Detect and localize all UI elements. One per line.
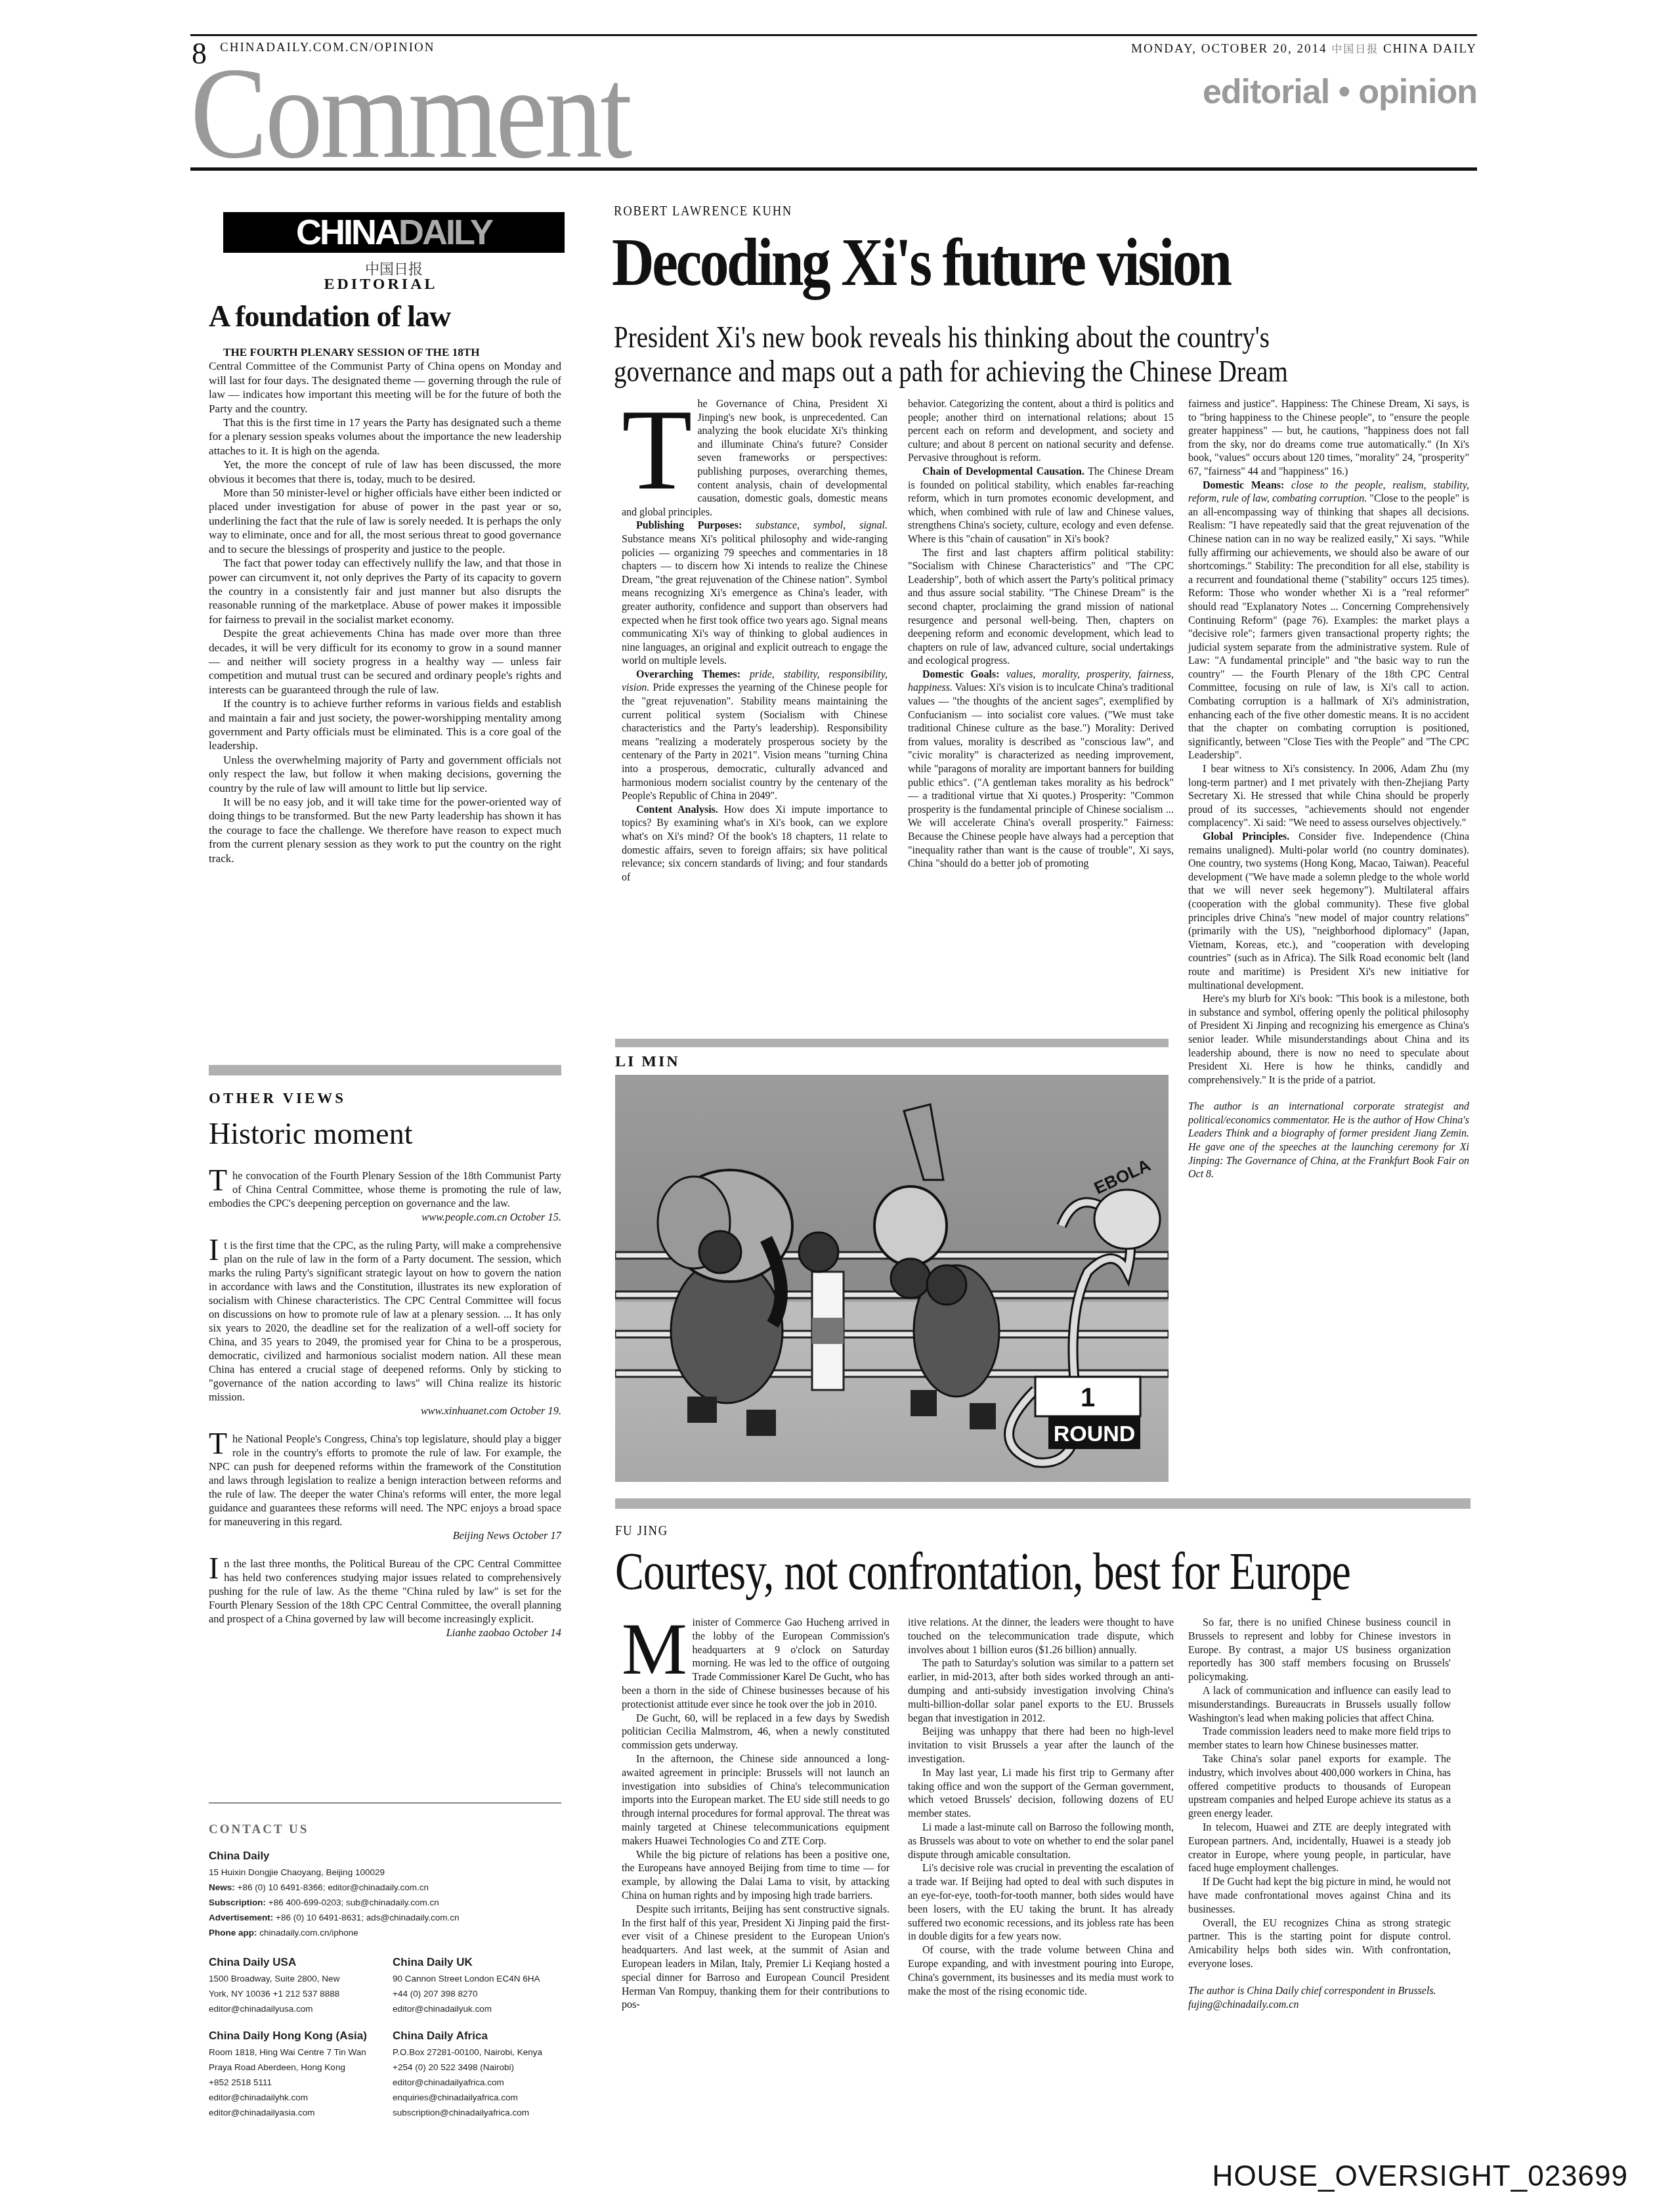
other-view-item: In the last three months, the Political …: [209, 1557, 561, 1639]
fujing-paragraph: De Gucht, 60, will be replaced in a few …: [622, 1712, 890, 1753]
office-line: subscription@chinadailyafrica.com: [393, 2105, 573, 2120]
subscription-label: Subscription:: [209, 1898, 266, 1907]
office-name: China Daily USA: [209, 1954, 373, 1971]
fujing-paragraph: While the big picture of relations has b…: [622, 1849, 890, 1903]
editorial-paragraph: The fact that power today can effectivel…: [209, 556, 561, 626]
cartoon-divider: [615, 1039, 1169, 1047]
other-view-source: Lianhe zaobao October 14: [209, 1626, 561, 1639]
boxing-ring-illustration: EBOLA 1 ROUND: [615, 1075, 1169, 1482]
fujing-paragraph: Overall, the EU recognizes China as stro…: [1188, 1917, 1451, 1972]
fujing-paragraph: Li's decisive role was crucial in preven…: [908, 1862, 1174, 1944]
fujing-headline: Courtesy, not confrontation, best for Eu…: [615, 1543, 1350, 1601]
contact-divider: [209, 1802, 561, 1804]
fujing-col-2: itive relations. At the dinner, the lead…: [908, 1616, 1174, 1999]
author-note: The author is an international corporate…: [1188, 1100, 1469, 1182]
office-line: editor@chinadailyasia.com: [209, 2105, 389, 2120]
subhead: Chain of Developmental Causation.: [922, 466, 1084, 477]
fujing-paragraph: A lack of communication and influence ca…: [1188, 1685, 1451, 1725]
office-usa: China Daily USA 1500 Broadway, Suite 280…: [209, 1954, 373, 2016]
kuhn-deck-line2: governance and maps out a path for achie…: [614, 355, 1288, 389]
other-views-headline: Historic moment: [209, 1116, 412, 1151]
news-contact: +86 (0) 10 6491-8366; editor@chinadaily.…: [238, 1882, 429, 1892]
kuhn-paragraph: Pride expresses the yearning of the Chin…: [622, 682, 888, 802]
hq-address: 15 Huixin Dongjie Chaoyang, Beijing 1000…: [209, 1865, 563, 1880]
dropcap: T: [622, 404, 693, 497]
fujing-paragraph: Of course, with the trade volume between…: [908, 1944, 1174, 1999]
dropcap: I: [209, 1557, 219, 1581]
round-number: 1: [1081, 1383, 1095, 1412]
hq-name: China Daily: [209, 1848, 563, 1865]
other-view-item: The National People's Congress, China's …: [209, 1432, 561, 1542]
office-name: China Daily Hong Kong (Asia): [209, 2028, 389, 2045]
office-line: enquiries@chinadailyafrica.com: [393, 2090, 573, 2105]
fujing-paragraph: The path to Saturday's solution was simi…: [908, 1657, 1174, 1725]
office-line: +852 2518 5111: [209, 2075, 389, 2090]
kuhn-col-1: The Governance of China, President Xi Ji…: [622, 398, 888, 884]
kuhn-paragraph: Substance means Xi's political philosoph…: [622, 534, 888, 666]
office-line: +254 (0) 20 522 3498 (Nairobi): [393, 2060, 573, 2075]
office-line: editor@chinadailyhk.com: [209, 2090, 389, 2105]
kuhn-paragraph: Consider five. Independence (China remai…: [1188, 831, 1469, 991]
fujing-paragraph: Trade commission leaders need to make mo…: [1188, 1725, 1451, 1753]
app-label: Phone app:: [209, 1928, 257, 1938]
other-view-text: n the last three months, the Political B…: [209, 1557, 561, 1625]
office-name: China Daily UK: [393, 1954, 570, 1971]
editorial-paragraph: That this is the first time in 17 years …: [209, 416, 561, 458]
fujing-paragraph: itive relations. At the dinner, the lead…: [908, 1616, 1174, 1657]
fujing-paragraph: Li made a last-minute call on Barroso th…: [908, 1821, 1174, 1862]
office-line: 90 Cannon Street London EC4N 6HA: [393, 1971, 570, 1986]
office-line: editor@chinadailyafrica.com: [393, 2075, 573, 2090]
editorial-cartoon: EBOLA 1 ROUND: [615, 1075, 1169, 1482]
editorial-paragraph: Despite the great achievements China has…: [209, 626, 561, 697]
masthead-rule: [190, 167, 1477, 171]
round-label: ROUND: [1054, 1421, 1136, 1446]
office-line: York, NY 10036 +1 212 537 8888: [209, 1986, 373, 2001]
kuhn-col-3: fairness and justice". Happiness: The Ch…: [1188, 398, 1469, 1182]
ads-contact: +86 (0) 10 6491-8631; ads@chinadaily.com…: [276, 1913, 460, 1922]
paper-name: CHINA DAILY: [1383, 42, 1477, 56]
kuhn-byline: ROBERT LAWRENCE KUHN: [614, 202, 792, 219]
fujing-col-1: Minister of Commerce Gao Hucheng arrived…: [622, 1616, 890, 2012]
kuhn-deck-line1: President Xi's new book reveals his thin…: [614, 320, 1270, 355]
other-view-source: www.people.com.cn October 15.: [209, 1210, 561, 1224]
round-sign-icon: 1 ROUND: [1035, 1377, 1140, 1449]
kuhn-headline: Decoding Xi's future vision: [612, 227, 1230, 299]
author-note: The author is China Daily chief correspo…: [1188, 1985, 1451, 1999]
fujing-paragraph: So far, there is no unified Chinese busi…: [1188, 1616, 1451, 1685]
fujing-paragraph: Take China's solar panel exports for exa…: [1188, 1753, 1451, 1821]
subhead: Overarching Themes:: [636, 669, 740, 680]
office-hk: China Daily Hong Kong (Asia) Room 1818, …: [209, 2028, 389, 2120]
donkey-boxer-icon: [874, 1104, 999, 1429]
kuhn-paragraph: I bear witness to Xi's consistency. In 2…: [1188, 763, 1469, 831]
editorial-headline: A foundation of law: [209, 299, 450, 334]
subhead-keywords: substance, symbol, signal.: [756, 520, 888, 531]
fujing-byline: FU JING: [615, 1522, 668, 1539]
other-view-text: he National People's Congress, China's t…: [209, 1433, 561, 1528]
dropcap: I: [209, 1238, 219, 1263]
contact-heading: CONTACT US: [209, 1823, 309, 1837]
editorial-paragraph: Central Committee of the Communist Party…: [209, 359, 561, 416]
news-label: News:: [209, 1882, 235, 1892]
author-email: fujing@chinadaily.com.cn: [1188, 1999, 1451, 2012]
logo-china: CHINA: [296, 212, 398, 253]
cn-logo-small: 中国日报: [1331, 44, 1379, 55]
date: MONDAY, OCTOBER 20, 2014: [1131, 42, 1327, 56]
office-line: 1500 Broadway, Suite 2800, New: [209, 1971, 373, 1986]
kuhn-paragraph: fairness and justice". Happiness: The Ch…: [1188, 398, 1469, 479]
office-line: +44 (0) 207 398 8270: [393, 1986, 570, 2001]
kuhn-col-2: behavior. Categorizing the content, abou…: [908, 398, 1174, 871]
fujing-paragraph: In the afternoon, the Chinese side annou…: [622, 1753, 890, 1849]
fujing-col-3: So far, there is no unified Chinese busi…: [1188, 1616, 1451, 2012]
kuhn-paragraph: The first and last chapters affirm polit…: [908, 547, 1174, 668]
subhead: Global Principles.: [1203, 831, 1289, 842]
editorial-lead-caps: THE FOURTH PLENARY SESSION OF THE 18TH: [223, 346, 480, 358]
subhead: Domestic Goals:: [922, 669, 1000, 680]
other-view-source: www.xinhuanet.com October 19.: [209, 1404, 561, 1418]
editorial-paragraph: Yet, the more the concept of rule of law…: [209, 458, 561, 486]
fujing-paragraph: Despite such irritants, Beijing has sent…: [622, 1903, 890, 2012]
office-line: P.O.Box 27281-00100, Nairobi, Kenya: [393, 2045, 573, 2060]
editorial-paragraph: If the country is to achieve further ref…: [209, 697, 561, 753]
ads-label: Advertisement:: [209, 1913, 273, 1922]
top-rule: [190, 34, 1477, 36]
other-view-item: The convocation of the Fourth Plenary Se…: [209, 1169, 561, 1224]
office-line: editor@chinadailyuk.com: [393, 2001, 570, 2016]
other-view-text: he convocation of the Fourth Plenary Ses…: [209, 1169, 561, 1209]
office-name: China Daily Africa: [393, 2028, 573, 2045]
section-tag: editorial • opinion: [1203, 72, 1477, 112]
cartoon-credit: LI MIN: [615, 1053, 680, 1071]
document-id: HOUSE_OVERSIGHT_023699: [1213, 2160, 1628, 2193]
kuhn-paragraph: How does Xi impute importance to topics?…: [622, 804, 888, 883]
kuhn-paragraph: Here's my blurb for Xi's book: "This boo…: [1188, 993, 1469, 1087]
section-divider: [209, 1065, 561, 1075]
other-view-source: Beijing News October 17: [209, 1529, 561, 1542]
fujing-paragraph: Beijing was unhappy that there had been …: [908, 1725, 1174, 1766]
fujing-paragraph: If De Gucht had kept the big picture in …: [1188, 1876, 1451, 1917]
subhead: Publishing Purposes:: [636, 520, 742, 531]
other-views-body: The convocation of the Fourth Plenary Se…: [209, 1169, 561, 1639]
office-africa: China Daily Africa P.O.Box 27281-00100, …: [393, 2028, 573, 2120]
office-line: Praya Road Aberdeen, Hong Kong: [209, 2060, 389, 2075]
subhead: Domestic Means:: [1203, 480, 1284, 491]
dropcap: M: [622, 1620, 687, 1680]
dropcap: T: [209, 1432, 227, 1456]
subhead: Content Analysis.: [636, 804, 718, 815]
section-title: Comment: [190, 58, 630, 169]
app-link: chinadaily.com.cn/iphone: [259, 1928, 358, 1938]
section-divider: [615, 1498, 1470, 1509]
fujing-paragraph: In May last year, Li made his first trip…: [908, 1767, 1174, 1821]
editorial-body: THE FOURTH PLENARY SESSION OF THE 18TH C…: [209, 345, 561, 865]
editorial-paragraph: Unless the overwhelming majority of Part…: [209, 753, 561, 795]
fujing-paragraph: In telecom, Huawei and ZTE are deeply in…: [1188, 1821, 1451, 1876]
editorial-paragraph: It will be no easy job, and it will take…: [209, 795, 561, 865]
other-view-text: t is the first time that the CPC, as the…: [209, 1239, 561, 1403]
dateline: MONDAY, OCTOBER 20, 2014 中国日报 CHINA DAIL…: [1131, 41, 1477, 56]
dropcap: T: [209, 1169, 227, 1193]
office-line: Room 1818, Hing Wai Centre 7 Tin Wan: [209, 2045, 389, 2060]
china-daily-logo: CHINADAILY: [223, 212, 565, 253]
kuhn-paragraph: "Close to the people" is an all-encompas…: [1188, 493, 1469, 761]
office-line: editor@chinadailyusa.com: [209, 2001, 373, 2016]
office-uk: China Daily UK 90 Cannon Street London E…: [393, 1954, 570, 2016]
kuhn-paragraph: behavior. Categorizing the content, abou…: [908, 398, 1174, 466]
kuhn-paragraph: Values: Xi's vision is to inculcate Chin…: [908, 682, 1174, 869]
logo-daily: DAILY: [398, 212, 492, 253]
other-views-kicker: OTHER VIEWS: [209, 1090, 346, 1107]
editorial-paragraph: More than 50 minister-level or higher of…: [209, 486, 561, 556]
editorial-kicker: EDITORIAL: [197, 276, 565, 293]
kuhn-paragraph: The Chinese Dream is founded on politica…: [908, 466, 1174, 545]
contact-hq: China Daily 15 Huixin Dongjie Chaoyang, …: [209, 1848, 563, 1940]
subscription-contact: +86 400-699-0203; sub@chinadaily.com.cn: [268, 1898, 439, 1907]
other-view-item: It is the first time that the CPC, as th…: [209, 1238, 561, 1418]
